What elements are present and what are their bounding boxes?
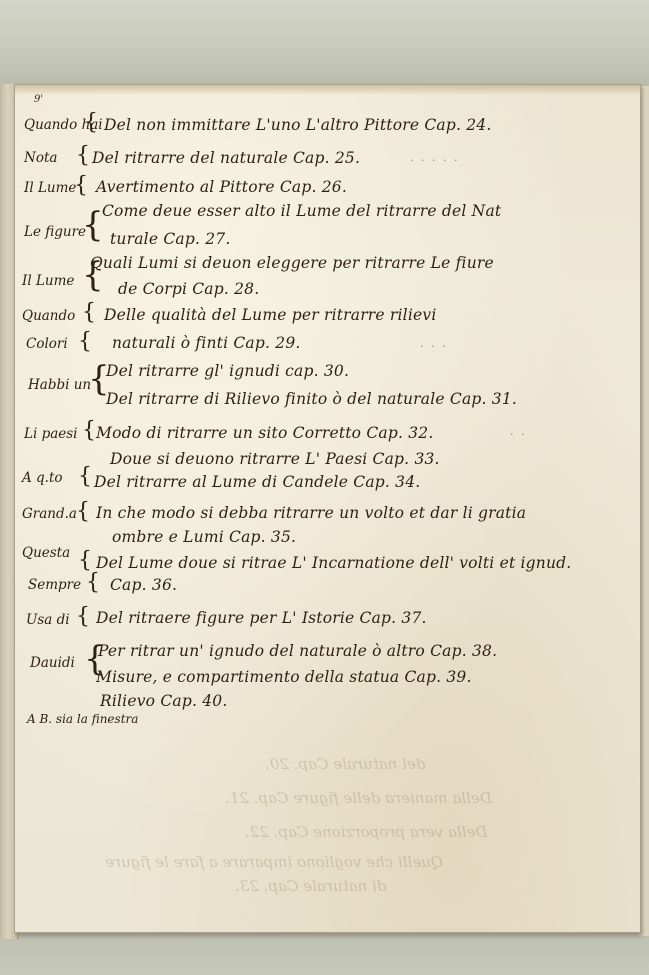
brace-mark: { [84,112,98,134]
ink-dots: · · [510,428,527,441]
chapter-entry-continuation: Del ritrarre di Rilievo finito ò del nat… [106,390,517,408]
margin-note: A q.to [22,470,63,486]
bleed-through-line: Della maniera delle figure Cap. 21. [225,789,492,807]
folio-mark: 9' [34,94,43,105]
chapter-entry: Del ritrarre del naturale Cap. 25. [92,149,360,167]
margin-note: Dauidi [30,655,75,671]
chapter-entry-continuation: turale Cap. 27. [110,230,230,248]
margin-note: Grand.a [22,506,77,522]
brace-mark: { [82,302,96,324]
margin-note: Sempre [28,577,81,593]
margin-note: Colori [26,336,68,352]
margin-note: Le figure [24,224,86,240]
margin-note: Il Lume [22,273,74,289]
brace-mark: { [74,175,88,197]
scanner-backdrop-top [0,0,649,90]
brace-mark: { [82,420,96,442]
bottom-note: A B. sia la finestra [27,712,138,726]
margin-note: Quando [22,308,75,324]
chapter-entry: Avertimento al Pittore Cap. 26. [96,178,347,196]
chapter-entry: Delle qualità del Lume per ritrarre rili… [104,306,437,324]
chapter-entry: naturali ò finti Cap. 29. [112,334,301,352]
ink-dots: · · · · · [410,154,459,167]
chapter-entry: In che modo si debba ritrarre un volto e… [96,504,526,522]
chapter-entry: Quali Lumi si deuon eleggere per ritrarr… [90,254,494,272]
brace-mark: { [82,208,104,242]
bleed-through-line: di naturale Cap. 23. [235,877,386,895]
chapter-entry: Rilievo Cap. 40. [100,692,227,710]
chapter-entry: Del ritrarre al Lume di Candele Cap. 34. [94,473,420,491]
brace-mark: { [78,550,92,572]
chapter-entry: Come deue esser alto il Lume del ritrarr… [102,202,501,220]
chapter-entry: Modo di ritrarre un sito Corretto Cap. 3… [96,424,433,442]
scanner-backdrop-bottom [0,930,649,975]
brace-mark: { [78,331,92,353]
chapter-entry-continuation: ombre e Lumi Cap. 35. [112,528,296,546]
chapter-entry: Per ritrar un' ignudo del naturale ò alt… [98,642,497,660]
margin-note: Usa di [26,612,70,628]
margin-note: Nota [24,150,57,166]
chapter-entry: Del non immittare L'uno L'altro Pittore … [104,116,491,134]
chapter-entry-continuation: de Corpi Cap. 28. [118,280,259,298]
bleed-through-line: Quelli che vogliono imparare a fare le f… [105,853,443,871]
chapter-entry: Cap. 36. [110,576,177,594]
bleed-through-line: del naturale Cap. 20. [265,755,425,773]
chapter-entry-continuation: Doue si deuono ritrarre L' Paesi Cap. 33… [110,450,440,468]
margin-note: Li paesi [24,426,78,442]
brace-mark: { [76,501,90,523]
ink-dots: · · · [420,340,447,353]
brace-mark: { [86,572,100,594]
chapter-entry: Del Lume doue si ritrae L' Incarnatione … [96,554,571,572]
brace-mark: { [78,466,92,488]
chapter-entry: Del ritrarre gl' ignudi cap. 30. [106,362,349,380]
margin-note: Il Lume [24,180,76,196]
margin-note: Habbi un [28,377,91,393]
bleed-through-line: Della vera proporzione Cap. 22. [245,823,488,841]
brace-mark: { [76,145,90,167]
chapter-entry: Del ritraere figure per L' Istorie Cap. … [96,609,427,627]
margin-note: Questa [22,545,70,561]
brace-mark: { [76,606,90,628]
chapter-entry-continuation: Misure, e compartimento della statua Cap… [96,668,472,686]
